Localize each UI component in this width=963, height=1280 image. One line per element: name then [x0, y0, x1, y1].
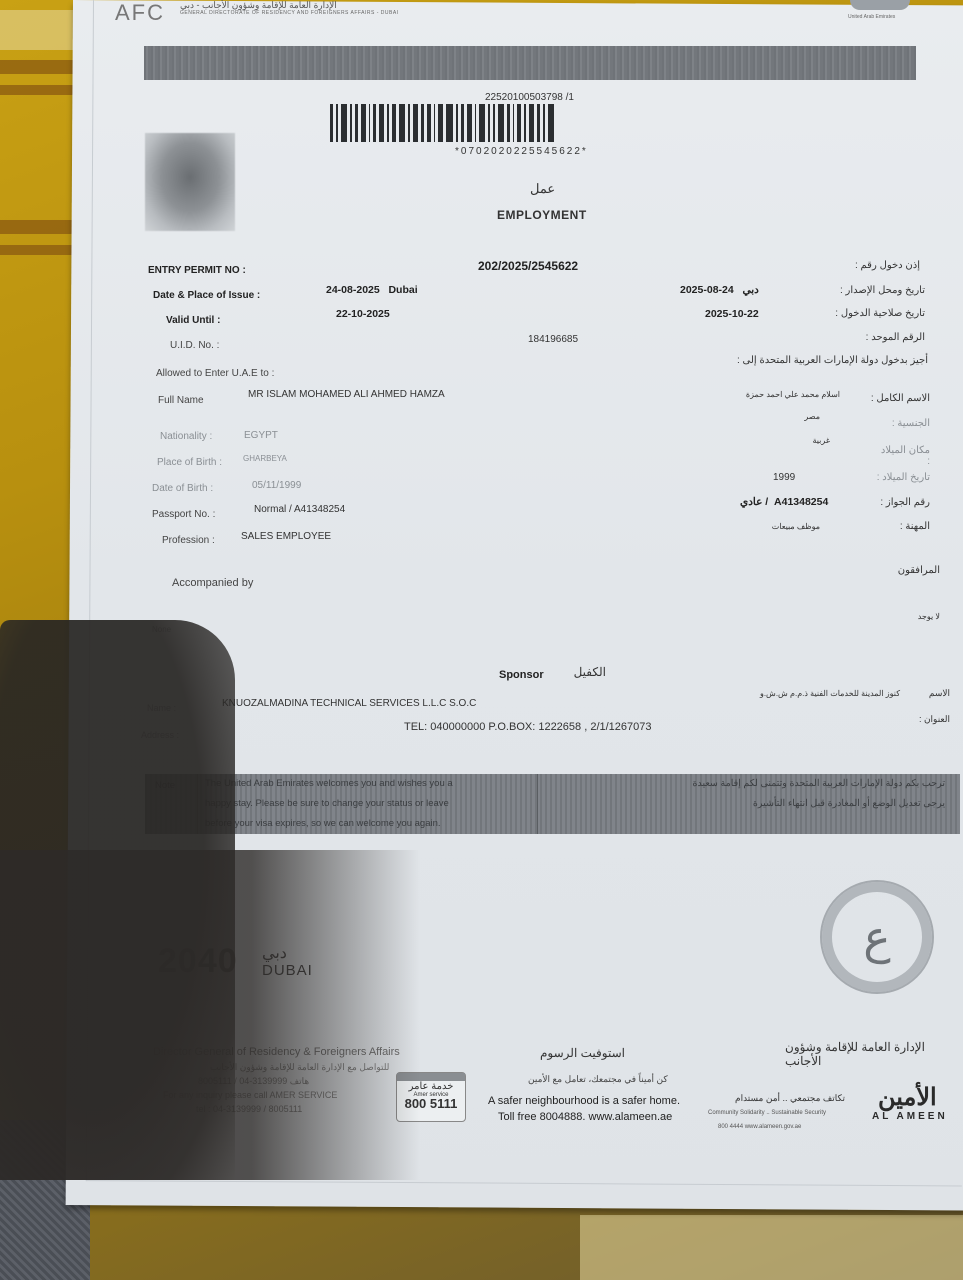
- sponsor-address-label: Address :: [141, 730, 179, 740]
- al-ameen-logo-ar: الأمين: [878, 1083, 937, 1112]
- accompanied-value-ar: لا يوجد: [900, 612, 940, 621]
- full-name-label: Full Name: [158, 395, 204, 406]
- profession-label-ar: المهنة :: [880, 521, 930, 532]
- issue-label-ar: تاريخ ومحل الإصدار :: [800, 285, 925, 296]
- dubai-ar-logo: دبي: [262, 943, 287, 963]
- permit-type-ar: عمل: [530, 181, 555, 197]
- barcode-bar: [427, 104, 431, 142]
- uid-value: 184196685: [528, 334, 578, 345]
- entry-permit-label-ar: إذن دخول رقم :: [820, 260, 920, 271]
- barcode-bar: [517, 104, 521, 142]
- official-stamp-icon: ع: [820, 880, 934, 994]
- entry-permit-value: 202/2025/2545622: [478, 259, 578, 273]
- seal-caption: United Arab Emirates: [848, 14, 895, 20]
- sponsor-address-value: TEL: 040000000 P.O.BOX: 1222658 , 2/1/12…: [404, 721, 652, 733]
- accompanied-value: None: [152, 625, 171, 634]
- barcode-bar: [537, 104, 540, 142]
- gdrfa-ar-footer: الإدارة العامة للإقامة وشؤون الأجانب: [785, 1040, 963, 1068]
- uae-seal-icon: [850, 0, 910, 10]
- fabric-stripe: [0, 85, 75, 95]
- barcode-reference: 22520100503798 /1: [485, 92, 574, 103]
- barcode-bar: [434, 104, 435, 142]
- barcode-bar: [475, 104, 476, 142]
- amer-number: 800 5111: [397, 1098, 465, 1110]
- accompanied-label-ar: المرافقون: [870, 565, 940, 576]
- dubai-en-logo: DUBAI: [262, 962, 313, 979]
- contact-ar: للتواصل مع الإدارة العامة للإقامة وشؤون …: [210, 1062, 389, 1073]
- barcode-bar: [341, 104, 347, 142]
- header-band: [144, 46, 916, 80]
- full-name-label-ar: الاسم الكامل :: [860, 393, 930, 404]
- fabric-stripe: [0, 60, 75, 74]
- barcode-bar: [421, 104, 424, 142]
- barcode-text: *0702020225545622*: [455, 146, 588, 157]
- barcode-bar: [524, 104, 526, 142]
- issue-value: 24-08-2025 Dubai: [326, 284, 418, 296]
- passport-label: Passport No. :: [152, 509, 215, 520]
- entry-permit-label: ENTRY PERMIT NO :: [148, 265, 246, 276]
- fabric-background: [0, 10, 75, 50]
- profession-value-ar: موظف مبيعات: [760, 522, 820, 531]
- barcode-bar: [379, 104, 384, 142]
- barcode-bar: [456, 104, 458, 142]
- gdrfa-logo: AFC: [115, 0, 165, 26]
- dubai-2040-logo: 2040: [158, 942, 238, 981]
- barcode-bar: [373, 104, 376, 142]
- valid-until-label: Valid Until :: [166, 315, 220, 326]
- note-en-line: before your visa expires, so we can welc…: [205, 814, 453, 834]
- place-of-birth-label: Place of Birth :: [157, 457, 222, 468]
- note-ar-line: يرجى تعديل الوضع أو المغادرة قبل انتهاء …: [565, 794, 945, 814]
- issue-value-ar: 2025-08-24 دبي: [680, 284, 759, 296]
- barcode-bar: [543, 104, 545, 142]
- full-name-value-ar: اسلام محمد علي احمد حمزة: [720, 390, 840, 399]
- barcode-bar: [413, 104, 418, 142]
- sponsor-address-label-ar: العنوان :: [905, 714, 950, 725]
- note-label: Note: [155, 776, 175, 796]
- nationality-label-ar: الجنسية :: [880, 418, 930, 429]
- fabric-stripe: [0, 220, 75, 234]
- barcode-bar: [355, 104, 358, 142]
- passport-value: Normal / A41348254: [254, 504, 345, 515]
- sponsor-title: Sponsor: [499, 669, 544, 681]
- allowed-label-ar: أجيز بدخول دولة الإمارات العربية المتحدة…: [700, 355, 928, 366]
- barcode-bar: [408, 104, 410, 142]
- issue-label: Date & Place of Issue :: [153, 290, 260, 301]
- community-ar: تكاتف مجتمعي .. أمن مستدام: [735, 1093, 845, 1104]
- uid-label: U.I.D. No. :: [170, 340, 219, 351]
- barcode-bar: [467, 104, 472, 142]
- al-ameen-logo-en: AL AMEEN: [872, 1111, 948, 1122]
- toll-free: Toll free 8004888. www.alameen.ae: [498, 1111, 672, 1123]
- amer-service-badge: خدمة عامر Amer service 800 5111: [396, 1072, 466, 1122]
- barcode-bar: [479, 104, 485, 142]
- barcode-bar: [529, 104, 534, 142]
- uid-label-ar: الرقم الموحد :: [820, 332, 925, 343]
- phone-line: 8005111 / 04-3139999 هاتف: [198, 1076, 309, 1087]
- barcode-bar: [507, 104, 510, 142]
- barcode-bar: [438, 104, 443, 142]
- fees-paid-ar: استوفيت الرسوم: [540, 1046, 625, 1060]
- authority-name-en: GENERAL DIRECTORATE OF RESIDENCY AND FOR…: [180, 10, 399, 16]
- barcode-bar: [392, 104, 396, 142]
- safer-en: A safer neighbourhood is a safer home.: [488, 1095, 680, 1107]
- dob-value-ar: 1999: [773, 472, 795, 483]
- fabric-stripe: [0, 245, 75, 255]
- profession-label: Profession :: [162, 535, 215, 546]
- valid-until-value-ar: 2025-10-22: [705, 308, 759, 320]
- community-en: Community Solidarity .. Sustainable Secu…: [708, 1110, 826, 1116]
- director-general-text: Director General of Residency & Foreigne…: [153, 1046, 400, 1058]
- note-box: Note The United Arab Emirates welcomes y…: [145, 774, 960, 834]
- note-en: The United Arab Emirates welcomes you an…: [205, 774, 453, 834]
- barcode: [330, 104, 672, 142]
- barcode-bar: [369, 104, 370, 142]
- barcode-bar: [513, 104, 514, 142]
- barcode-bar: [387, 104, 389, 142]
- place-of-birth-label-ar: مكان الميلاد :: [880, 445, 930, 467]
- inquiry-text: For any inquiry please call AMER SERVICE: [163, 1090, 337, 1100]
- barcode-bar: [493, 104, 495, 142]
- dob-label: Date of Birth :: [152, 483, 213, 494]
- note-en-line: happy stay. Please be sure to change you…: [205, 794, 453, 814]
- dob-value: 05/11/1999: [252, 480, 301, 491]
- accompanied-label: Accompanied by: [172, 577, 253, 589]
- barcode-bar: [350, 104, 352, 142]
- dob-label-ar: تاريخ الميلاد :: [860, 472, 930, 483]
- passport-label-ar: رقم الجواز :: [870, 497, 930, 508]
- sponsor-title-ar: الكفيل: [560, 665, 606, 679]
- sponsor-name-label: Name :: [147, 703, 176, 713]
- place-of-birth-value: GHARBEYA: [243, 454, 287, 463]
- barcode-bar: [446, 104, 453, 142]
- nationality-label: Nationality :: [160, 431, 212, 442]
- valid-until-value: 22-10-2025: [336, 308, 390, 320]
- barcode-bar: [461, 104, 464, 142]
- barcode-bar: [336, 104, 338, 142]
- fabric-background: [580, 1215, 963, 1280]
- community-contact: 800 4444 www.alameen.gov.ae: [718, 1124, 801, 1130]
- nationality-value: EGYPT: [244, 430, 278, 441]
- place-of-birth-value-ar: غربية: [790, 436, 830, 445]
- permit-type-en: EMPLOYMENT: [497, 208, 587, 222]
- full-name-value: MR ISLAM MOHAMED ALI AHMED HAMZA: [248, 389, 445, 400]
- barcode-bar: [548, 104, 554, 142]
- barcode-bar: [330, 104, 333, 142]
- note-en-line: The United Arab Emirates welcomes you an…: [205, 774, 453, 794]
- note-ar-line: ترحب بكم دولة الإمارات العربية المتحدة و…: [565, 774, 945, 794]
- barcode-bar: [361, 104, 366, 142]
- safer-ar: كن أميناً في مجتمعك، تعامل مع الأمين: [528, 1074, 668, 1085]
- nationality-value-ar: مصر: [780, 412, 820, 421]
- profession-value: SALES EMPLOYEE: [241, 531, 331, 542]
- holder-photo: [145, 133, 235, 231]
- inquiry-tel: tel : 04-3139999 / 8005111: [196, 1104, 302, 1114]
- sponsor-name-label-ar: الاسم: [915, 688, 950, 699]
- amer-ar: خدمة عامر: [397, 1081, 465, 1092]
- barcode-bar: [498, 104, 504, 142]
- sponsor-name-value: KNUOZALMADINA TECHNICAL SERVICES L.L.C S…: [222, 698, 476, 709]
- note-ar: ترحب بكم دولة الإمارات العربية المتحدة و…: [565, 774, 945, 814]
- sponsor-name-value-ar: كنوز المدينة للخدمات الفنية ذ.م.م ش.ش.و: [660, 689, 900, 698]
- allowed-label: Allowed to Enter U.A.E to :: [156, 368, 274, 379]
- barcode-bar: [488, 104, 490, 142]
- valid-until-label-ar: تاريخ صلاحية الدخول :: [800, 308, 925, 319]
- barcode-bar: [399, 104, 405, 142]
- passport-value-ar: عادي / A41348254: [740, 496, 828, 508]
